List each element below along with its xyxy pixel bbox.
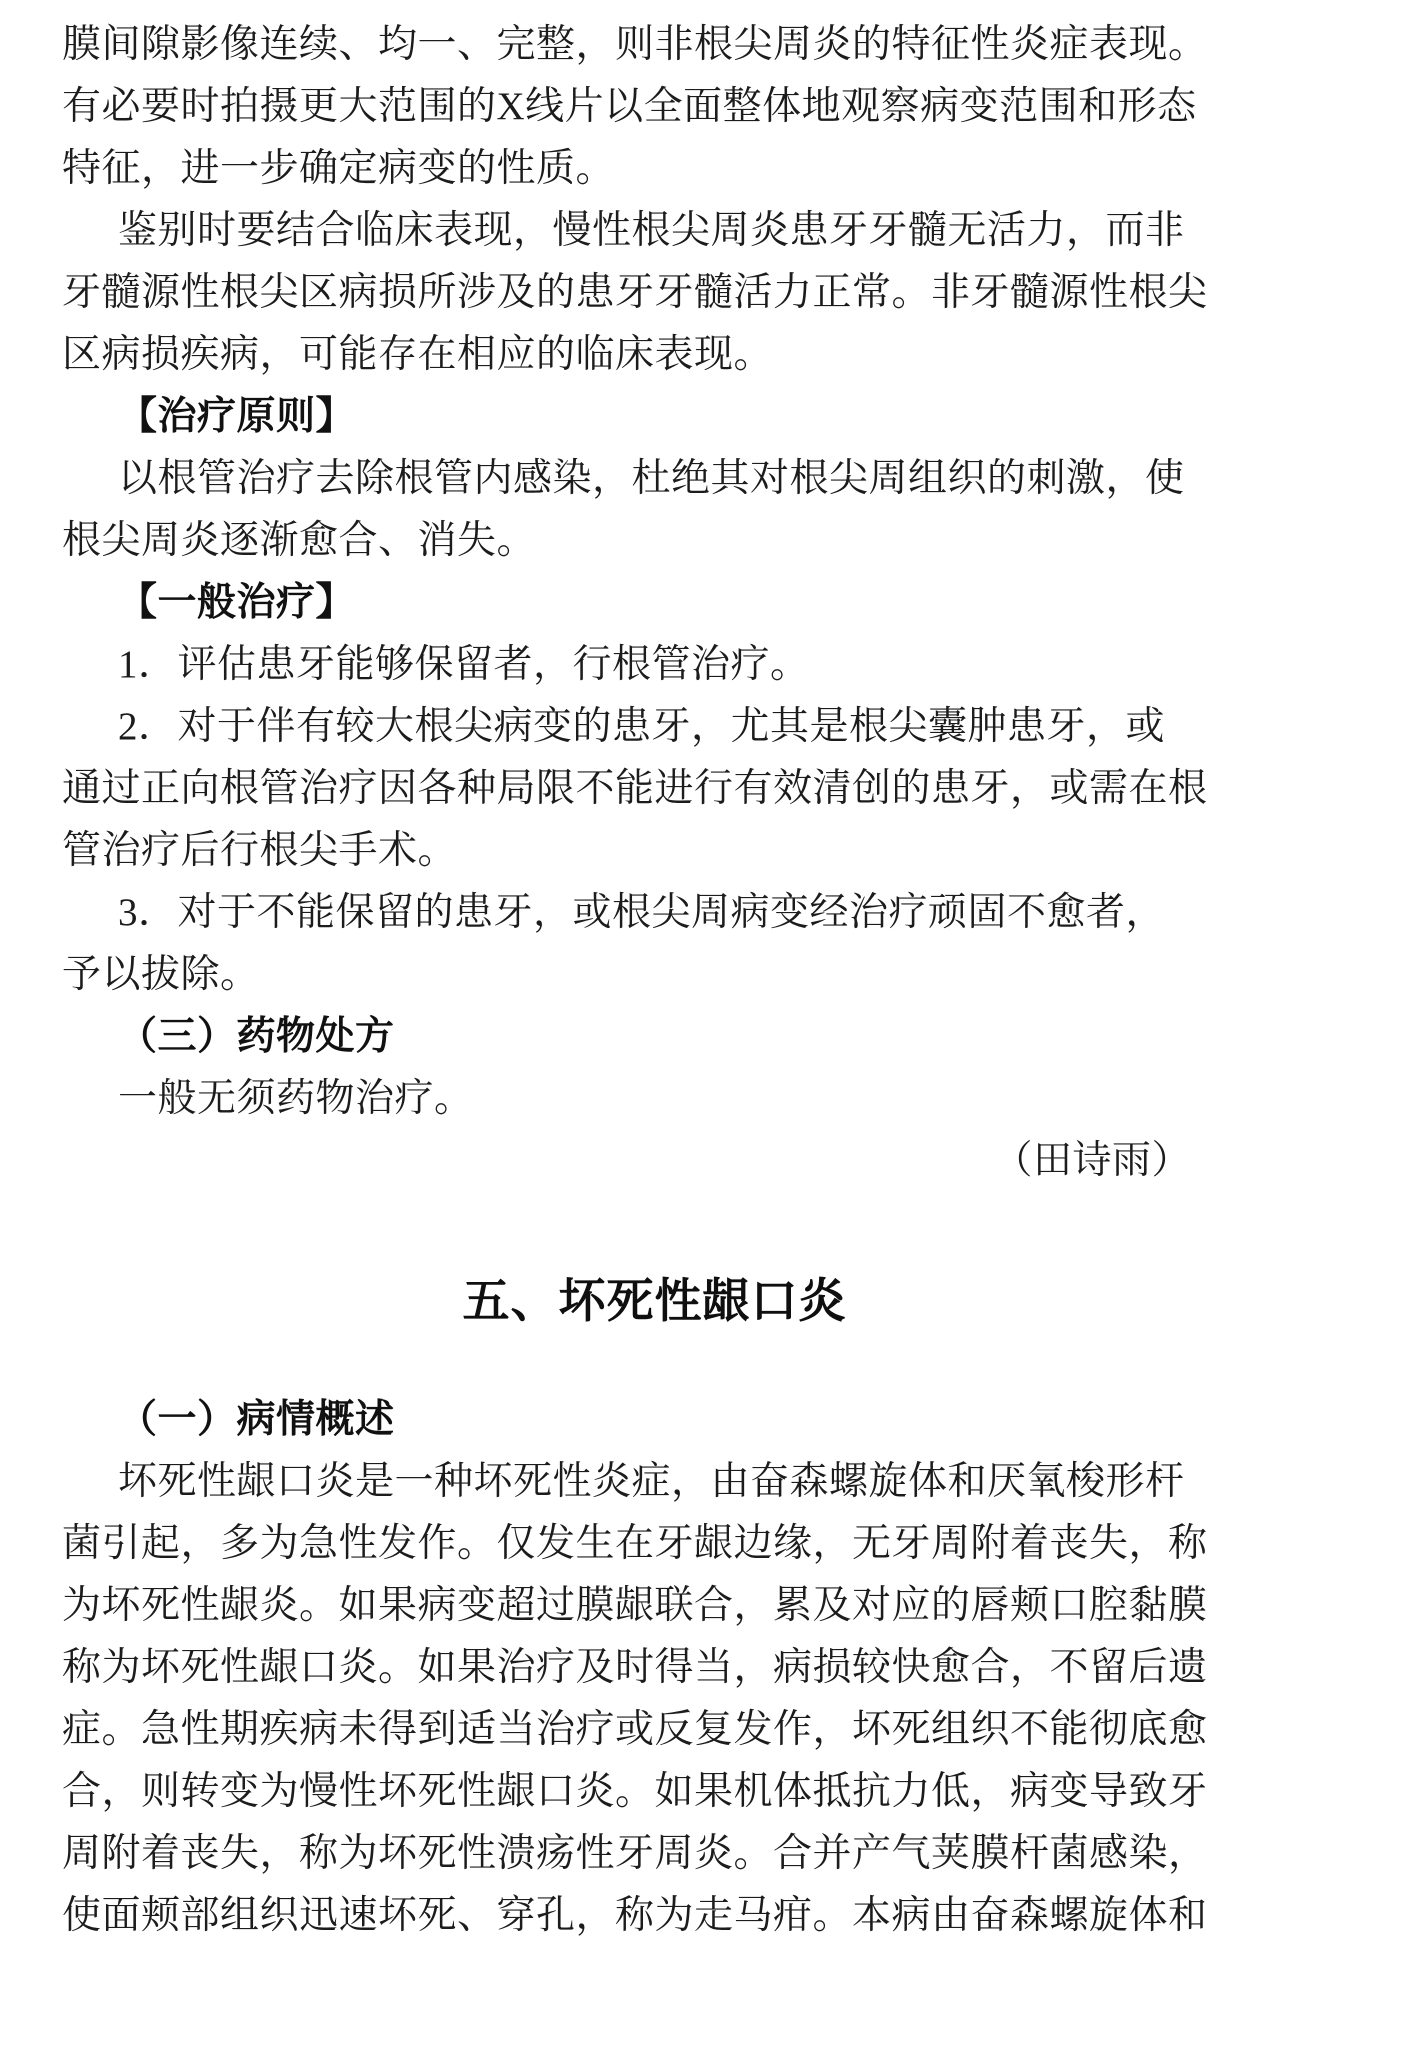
text-line: 坏死性龈口炎是一种坏死性炎症，由奋森螺旋体和厌氧梭形杆 bbox=[62, 1451, 1247, 1513]
text-line: 有必要时拍摄更大范围的X线片以全面整体地观察病变范围和形态 bbox=[62, 76, 1247, 138]
text-line: 予以拔除。 bbox=[62, 944, 1247, 1006]
book-page: { "document": { "intro_paragraph": { "li… bbox=[0, 0, 1406, 2066]
text-line: 称为坏死性龈口炎。如果治疗及时得当，病损较快愈合，不留后遗 bbox=[62, 1637, 1247, 1699]
general-treatment-heading: 【一般治疗】 bbox=[62, 572, 1247, 634]
text-line: 通过正向根管治疗因各种局限不能进行有效清创的患牙，或需在根 bbox=[62, 758, 1247, 820]
treatment-principle-heading: 【治疗原则】 bbox=[62, 386, 1247, 448]
list-item: 2．对于伴有较大根尖病变的患牙，尤其是根尖囊肿患牙，或 bbox=[62, 696, 1247, 758]
page-text-column: 膜间隙影像连续、均一、完整，则非根尖周炎的特征性炎症表现。 有必要时拍摄更大范围… bbox=[62, 14, 1247, 1947]
text-line: 管治疗后行根尖手术。 bbox=[62, 820, 1247, 882]
author-attribution: （田诗雨） bbox=[62, 1130, 1247, 1192]
chapter-heading: 五、坏死性龈口炎 bbox=[62, 1266, 1247, 1336]
text-line: 根尖周炎逐渐愈合、消失。 bbox=[62, 510, 1247, 572]
text-line: 鉴别时要结合临床表现，慢性根尖周炎患牙牙髓无活力，而非 bbox=[62, 200, 1247, 262]
prescription-heading: （三）药物处方 bbox=[62, 1006, 1247, 1068]
text-line: 菌引起，多为急性发作。仅发生在牙龈边缘，无牙周附着丧失，称 bbox=[62, 1513, 1247, 1575]
text-line: 合，则转变为慢性坏死性龈口炎。如果机体抵抗力低，病变导致牙 bbox=[62, 1761, 1247, 1823]
text-line: 周附着丧失，称为坏死性溃疡性牙周炎。合并产气荚膜杆菌感染， bbox=[62, 1823, 1247, 1885]
text-line: 一般无须药物治疗。 bbox=[62, 1068, 1247, 1130]
list-item: 3．对于不能保留的患牙，或根尖周病变经治疗顽固不愈者， bbox=[62, 882, 1247, 944]
text-line: 为坏死性龈炎。如果病变超过膜龈联合，累及对应的唇颊口腔黏膜 bbox=[62, 1575, 1247, 1637]
text-line: 牙髓源性根尖区病损所涉及的患牙牙髓活力正常。非牙髓源性根尖 bbox=[62, 262, 1247, 324]
text-line: 症。急性期疾病未得到适当治疗或反复发作，坏死组织不能彻底愈 bbox=[62, 1699, 1247, 1761]
text-line: 以根管治疗去除根管内感染，杜绝其对根尖周组织的刺激，使 bbox=[62, 448, 1247, 510]
text-line: 膜间隙影像连续、均一、完整，则非根尖周炎的特征性炎症表现。 bbox=[62, 14, 1247, 76]
overview-heading: （一）病情概述 bbox=[62, 1389, 1247, 1451]
text-line: 使面颊部组织迅速坏死、穿孔，称为走马疳。本病由奋森螺旋体和 bbox=[62, 1885, 1247, 1947]
list-item: 1．评估患牙能够保留者，行根管治疗。 bbox=[62, 634, 1247, 696]
text-line: 特征，进一步确定病变的性质。 bbox=[62, 138, 1247, 200]
text-line: 区病损疾病，可能存在相应的临床表现。 bbox=[62, 324, 1247, 386]
